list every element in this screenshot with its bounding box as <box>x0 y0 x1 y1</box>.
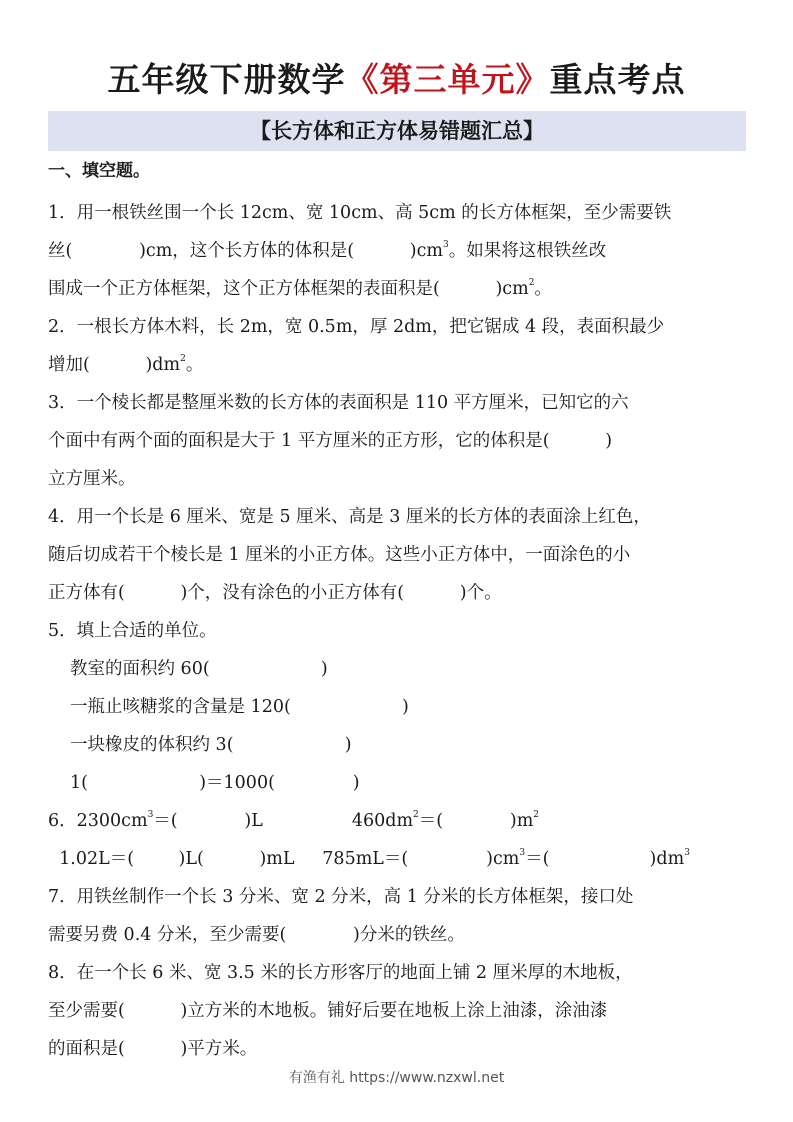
question-2-line-1: 2．一根长方体木料，长 2m，宽 0.5m，厚 2dm，把它锯成 4 段，表面积… <box>48 308 748 346</box>
section-heading: 一、填空题。 <box>48 158 150 184</box>
question-7-line-1: 7．用铁丝制作一个长 3 分米、宽 2 分米，高 1 分米的长方体框架，接口处 <box>48 878 748 916</box>
q6-text: ＝( )m <box>419 811 534 831</box>
q1-text: 。 <box>534 279 552 299</box>
question-6-line-1: 6．2300cm3＝( )L 460dm2＝( )m2 <box>48 802 748 840</box>
question-5-line-1: 5．填上合适的单位。 <box>48 612 748 650</box>
superscript: 3 <box>684 848 690 858</box>
question-8-line-3: 的面积是( )平方米。 <box>48 1030 748 1068</box>
title-highlight: 《第三单元》 <box>346 60 550 99</box>
superscript: 2 <box>533 810 539 820</box>
question-5-item: 一块橡皮的体积约 3( ) <box>48 726 748 764</box>
q2-text: 增加( )dm <box>48 355 180 375</box>
q1-text: 丝( )cm，这个长方体的体积是( )cm <box>48 241 443 261</box>
question-5-item: 一瓶止咳糖浆的含量是 120( ) <box>48 688 748 726</box>
question-5-item: 1( )＝1000( ) <box>48 764 748 802</box>
title-prefix: 五年级下册数学 <box>108 60 346 99</box>
question-3-line-1: 3．一个棱长都是整厘米数的长方体的表面积是 110 平方厘米，已知它的六 <box>48 384 748 422</box>
question-8-line-2: 至少需要( )立方米的木地板。铺好后要在地板上涂上油漆，涂油漆 <box>48 992 748 1030</box>
question-4-line-2: 随后切成若干个棱长是 1 厘米的小正方体。这些小正方体中，一面涂色的小 <box>48 536 748 574</box>
q6-text: 1.02L＝( )L( )mL 785mL＝( )cm <box>48 849 519 869</box>
q6-text: ＝( )L 460dm <box>153 811 413 831</box>
question-8-line-1: 8．在一个长 6 米、宽 3.5 米的长方形客厅的地面上铺 2 厘米厚的木地板， <box>48 954 748 992</box>
watermark-footer: 有渔有礼 https://www.nzxwl.net <box>0 1067 793 1087</box>
subtitle-banner: 【长方体和正方体易错题汇总】 <box>48 111 746 151</box>
q6-text: 6．2300cm <box>48 811 148 831</box>
q2-text: 。 <box>186 355 204 375</box>
question-list: 1．用一根铁丝围一个长 12cm、宽 10cm、高 5cm 的长方体框架，至少需… <box>48 194 748 1068</box>
question-2-line-2: 增加( )dm2。 <box>48 346 748 384</box>
q6-text: ＝( )dm <box>525 849 684 869</box>
question-4-line-3: 正方体有( )个，没有涂色的小正方体有( )个。 <box>48 574 748 612</box>
question-5-item: 教室的面积约 60( ) <box>48 650 748 688</box>
q1-text: 围成一个正方体框架，这个正方体框架的表面积是( )cm <box>48 279 529 299</box>
question-1-line-2: 丝( )cm，这个长方体的体积是( )cm3。如果将这根铁丝改 <box>48 232 748 270</box>
question-7-line-2: 需要另费 0.4 分米，至少需要( )分米的铁丝。 <box>48 916 748 954</box>
question-1-line-3: 围成一个正方体框架，这个正方体框架的表面积是( )cm2。 <box>48 270 748 308</box>
question-4-line-1: 4．用一个长是 6 厘米、宽是 5 厘米、高是 3 厘米的长方体的表面涂上红色， <box>48 498 748 536</box>
question-1-line-1: 1．用一根铁丝围一个长 12cm、宽 10cm、高 5cm 的长方体框架，至少需… <box>48 194 748 232</box>
q1-text: 。如果将这根铁丝改 <box>449 241 607 261</box>
page-title: 五年级下册数学《第三单元》重点考点 <box>0 58 793 102</box>
question-3-line-3: 立方厘米。 <box>48 460 748 498</box>
question-6-line-2: 1.02L＝( )L( )mL 785mL＝( )cm3＝( )dm3 <box>48 840 748 878</box>
question-3-line-2: 个面中有两个面的面积是大于 1 平方厘米的正方形，它的体积是( ) <box>48 422 748 460</box>
title-suffix: 重点考点 <box>550 60 686 99</box>
